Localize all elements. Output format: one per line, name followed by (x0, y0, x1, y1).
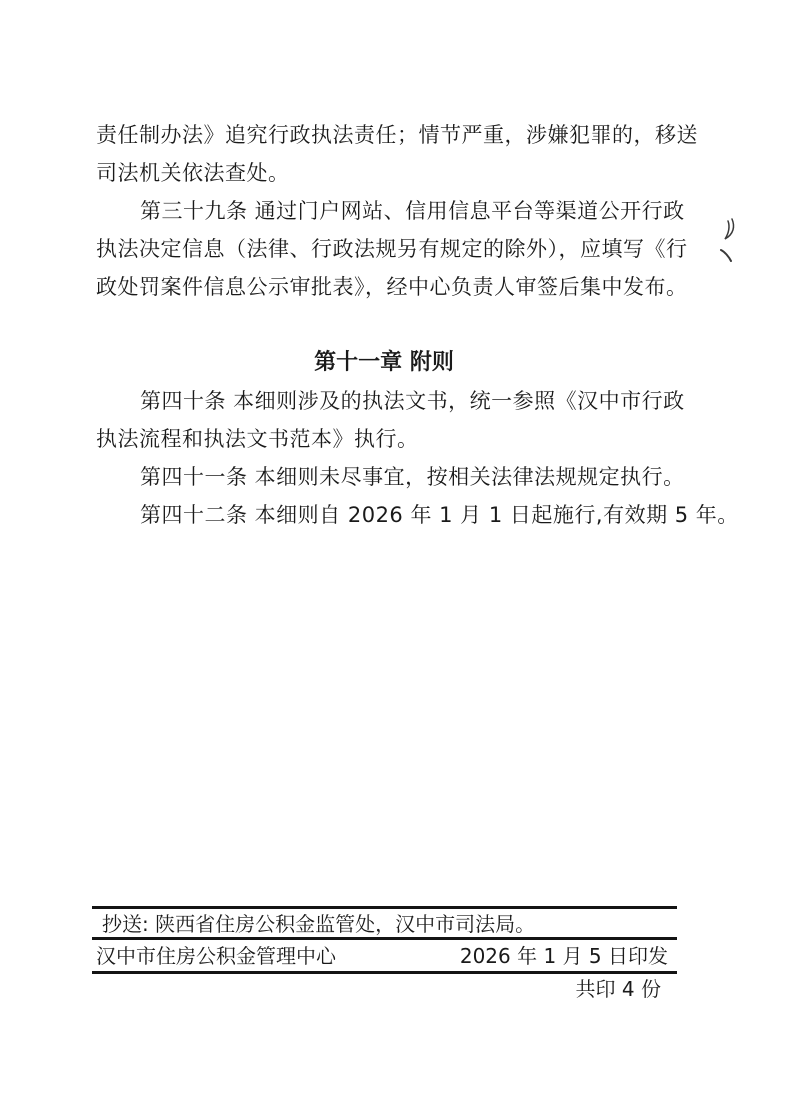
cc-line: 抄送: 陕西省住房公积金监管处，汉中市司法局。 (102, 911, 672, 937)
text-line: 第四十条 本细则涉及的执法文书，统一参照《汉中市行政 (96, 382, 672, 420)
divider (92, 906, 677, 909)
text-line: 政处罚案件信息公示审批表》，经中心负责人审签后集中发布。 (96, 268, 672, 306)
text-line: 执法流程和执法文书范本》执行。 (96, 420, 672, 458)
body-text: 责任制办法》追究行政执法责任；情节严重，涉嫌犯罪的，移送 司法机关依法查处。 第… (96, 116, 672, 534)
divider (92, 937, 677, 940)
text-line: 第三十九条 通过门户网站、信用信息平台等渠道公开行政 (96, 192, 672, 230)
text-line: 第四十二条 本细则自 2026 年 1 月 1 日起施行,有效期 5 年。 (96, 496, 672, 534)
copies-count: 共印 4 份 (96, 975, 661, 1003)
text-line: 第四十一条 本细则未尽事宜，按相关法律法规规定执行。 (96, 458, 672, 496)
issuer-name: 汉中市住房公积金管理中心 (96, 941, 336, 971)
pen-mark-hook-icon (725, 219, 734, 239)
text-line: 责任制办法》追究行政执法责任；情节严重，涉嫌犯罪的，移送 (96, 116, 672, 154)
text-line: 执法决定信息（法律、行政法规另有规定的除外），应填写《行 (96, 230, 672, 268)
print-date: 2026 年 1 月 5 日印发 (460, 941, 668, 971)
chapter-heading: 第十一章 附则 (96, 344, 672, 382)
divider (92, 971, 677, 974)
pen-mark-tick-icon (721, 250, 731, 261)
pen-marks-icon (716, 218, 740, 268)
text-line: 司法机关依法查处。 (96, 154, 672, 192)
imprint-row: 汉中市住房公积金管理中心 2026 年 1 月 5 日印发 (96, 941, 668, 971)
document-page: 责任制办法》追究行政执法责任；情节严重，涉嫌犯罪的，移送 司法机关依法查处。 第… (0, 0, 792, 1120)
